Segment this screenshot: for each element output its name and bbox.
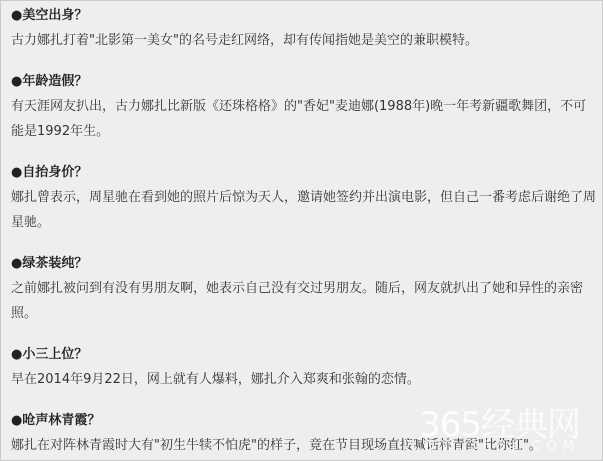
article-frame: ●美空出身？ 古力娜扎打着"北影第一美女"的名号走红网络，却有传闻指她是美空的兼…: [0, 0, 603, 461]
article-body: ●美空出身？ 古力娜扎打着"北影第一美女"的名号走红网络，却有传闻指她是美空的兼…: [1, 1, 602, 458]
section-6: ●呛声林青霞？ 娜扎在对阵林青霞时大有"初生牛犊不怕虎"的样子，竟在节目现场直接…: [11, 411, 602, 458]
section-heading: ●年龄造假？: [11, 72, 602, 94]
section-heading: ●自抬身价？: [11, 163, 602, 185]
section-4: ●绿茶装纯？ 之前娜扎被问到有没有男朋友啊，她表示自己没有交过男朋友。随后，网友…: [11, 254, 602, 326]
section-text: 古力娜扎打着"北影第一美女"的名号走红网络，却有传闻指她是美空的兼职模特。: [11, 28, 596, 53]
section-heading: ●绿茶装纯？: [11, 254, 602, 276]
section-1: ●美空出身？ 古力娜扎打着"北影第一美女"的名号走红网络，却有传闻指她是美空的兼…: [11, 6, 602, 53]
section-text: 早在2014年9月22日，网上就有人爆料，娜扎介入郑爽和张翰的恋情。: [11, 367, 596, 392]
section-text: 娜扎在对阵林青霞时大有"初生牛犊不怕虎"的样子，竟在节目现场直接喊话林青霞"比你…: [11, 433, 596, 458]
section-heading: ●小三上位？: [11, 345, 602, 367]
section-heading: ●呛声林青霞？: [11, 411, 602, 433]
section-text: 有天涯网友扒出，古力娜扎比新版《还珠格格》的"香妃"麦迪娜(1988年)晚一年考…: [11, 94, 596, 144]
section-5: ●小三上位？ 早在2014年9月22日，网上就有人爆料，娜扎介入郑爽和张翰的恋情…: [11, 345, 602, 392]
section-heading: ●美空出身？: [11, 6, 602, 28]
section-text: 娜扎曾表示，周星驰在看到她的照片后惊为天人，邀请她签约并出演电影，但自己一番考虑…: [11, 185, 596, 235]
section-3: ●自抬身价？ 娜扎曾表示，周星驰在看到她的照片后惊为天人，邀请她签约并出演电影，…: [11, 163, 602, 235]
section-2: ●年龄造假？ 有天涯网友扒出，古力娜扎比新版《还珠格格》的"香妃"麦迪娜(198…: [11, 72, 602, 144]
section-text: 之前娜扎被问到有没有男朋友啊，她表示自己没有交过男朋友。随后，网友就扒出了她和异…: [11, 276, 596, 326]
